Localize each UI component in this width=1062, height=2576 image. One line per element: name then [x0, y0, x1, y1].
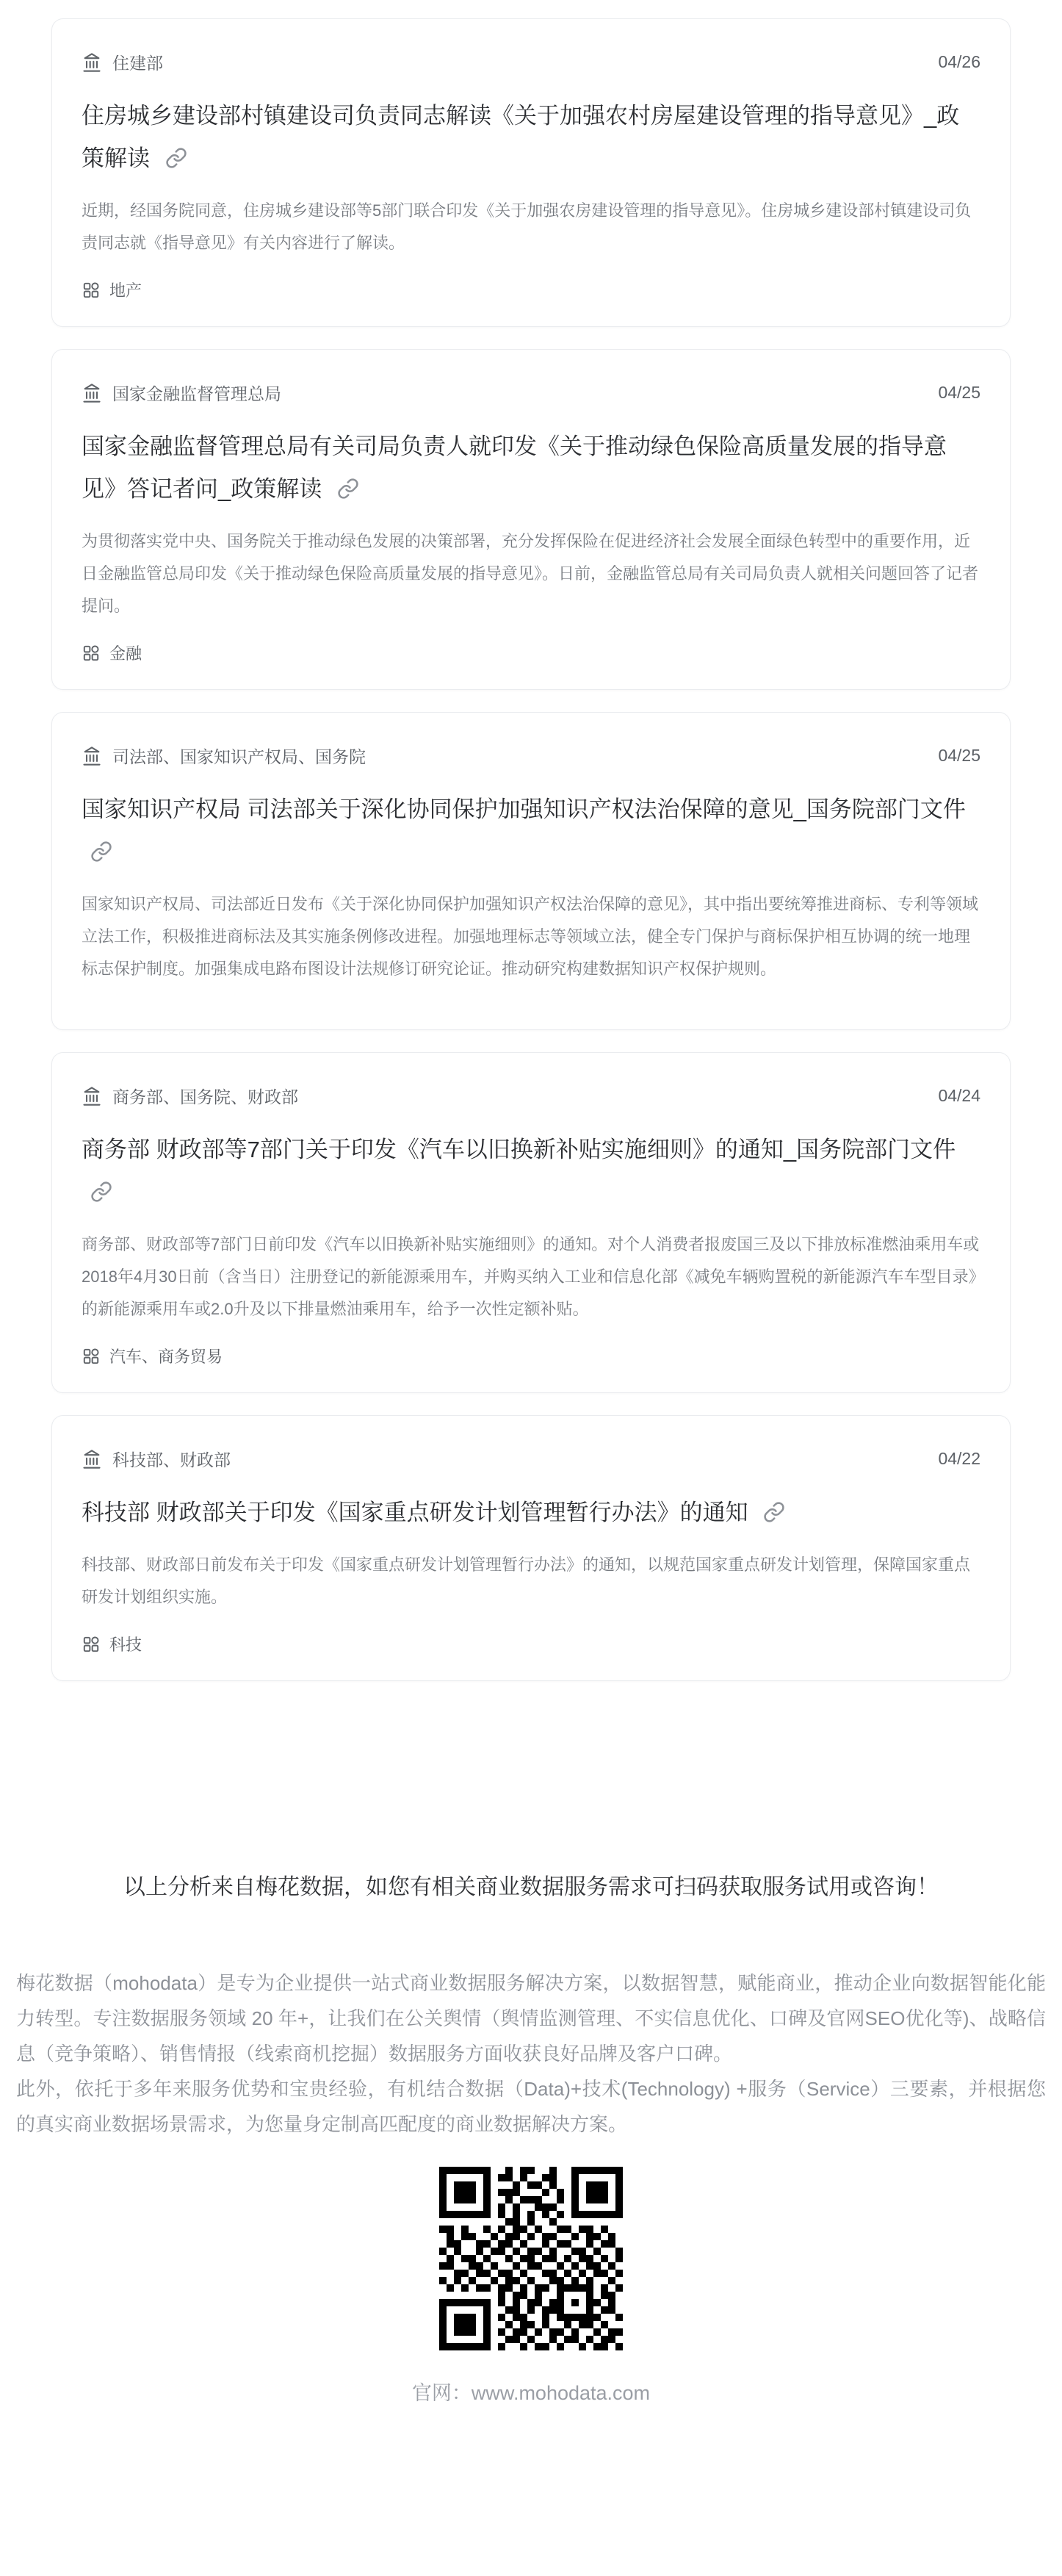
- landmark-icon: [82, 52, 102, 73]
- page: 住建部 04/26 住房城乡建设部村镇建设司负责同志解读《关于加强农村房屋建设管…: [0, 0, 1062, 2472]
- org-label-group: 司法部、国家知识产权局、国务院: [82, 744, 366, 768]
- card-header: 国家金融监督管理总局 04/25: [82, 381, 980, 405]
- card-tag: 汽车、商务贸易: [82, 1345, 980, 1367]
- promo-paragraph-2: 此外，依托于多年来服务优势和宝贵经验，有机结合数据（Data)+技术(Techn…: [16, 2071, 1046, 2142]
- policy-card: 住建部 04/26 住房城乡建设部村镇建设司负责同志解读《关于加强农村房屋建设管…: [51, 18, 1011, 327]
- org-name: 住建部: [112, 50, 163, 74]
- publish-date: 04/22: [938, 1449, 980, 1469]
- promo-footer: 以上分析来自梅花数据，如您有相关商业数据服务需求可扫码获取服务试用或咨询！ 梅花…: [0, 1868, 1062, 2472]
- article-title-link[interactable]: 科技部 财政部关于印发《国家重点研发计划管理暂行办法》的通知: [82, 1492, 980, 1534]
- article-title-text[interactable]: 国家金融监督管理总局有关司局负责人就印发《关于推动绿色保险高质量发展的指导意见》…: [82, 433, 947, 502]
- promo-heading: 以上分析来自梅花数据，如您有相关商业数据服务需求可扫码获取服务试用或咨询！: [51, 1868, 1011, 1901]
- article-summary: 商务部、财政部等7部门日前印发《汽车以旧换新补贴实施细则》的通知。对个人消费者报…: [82, 1228, 980, 1325]
- qr-wrap: [0, 2167, 1062, 2350]
- article-summary: 为贯彻落实党中央、国务院关于推动绿色发展的决策部署，充分发挥保险在促进经济社会发…: [82, 525, 980, 622]
- card-tag: 地产: [82, 278, 980, 301]
- org-name: 国家金融监督管理总局: [112, 381, 281, 405]
- article-summary: 近期，经国务院同意，住房城乡建设部等5部门联合印发《关于加强农房建设管理的指导意…: [82, 195, 980, 259]
- landmark-icon: [82, 383, 102, 403]
- article-title-text[interactable]: 科技部 财政部关于印发《国家重点研发计划管理暂行办法》的通知: [82, 1500, 748, 1525]
- card-header: 住建部 04/26: [82, 50, 980, 74]
- policy-card: 国家金融监督管理总局 04/25 国家金融监督管理总局有关司局负责人就印发《关于…: [51, 349, 1011, 690]
- org-label-group: 科技部、财政部: [82, 1447, 231, 1471]
- policy-feed: 住建部 04/26 住房城乡建设部村镇建设司负责同志解读《关于加强农村房屋建设管…: [0, 0, 1062, 1681]
- publish-date: 04/25: [938, 746, 980, 766]
- policy-card: 科技部、财政部 04/22 科技部 财政部关于印发《国家重点研发计划管理暂行办法…: [51, 1415, 1011, 1681]
- qr-code: [439, 2167, 623, 2350]
- link-icon[interactable]: [763, 1501, 785, 1523]
- link-icon[interactable]: [90, 841, 112, 863]
- policy-card: 商务部、国务院、财政部 04/24 商务部 财政部等7部门关于印发《汽车以旧换新…: [51, 1052, 1011, 1393]
- publish-date: 04/25: [938, 383, 980, 403]
- article-title-text[interactable]: 住房城乡建设部村镇建设司负责同志解读《关于加强农村房屋建设管理的指导意见》_政策…: [82, 103, 959, 171]
- card-tag: 科技: [82, 1633, 980, 1655]
- publish-date: 04/24: [938, 1086, 980, 1106]
- category-icon: [82, 1635, 101, 1654]
- article-title-text[interactable]: 商务部 财政部等7部门关于印发《汽车以旧换新补贴实施细则》的通知_国务院部门文件: [82, 1137, 956, 1162]
- article-summary: 国家知识产权局、司法部近日发布《关于深化协同保护加强知识产权法治保障的意见》，其…: [82, 888, 980, 985]
- tag-label: 汽车、商务贸易: [109, 1345, 223, 1367]
- article-title-link[interactable]: 住房城乡建设部村镇建设司负责同志解读《关于加强农村房屋建设管理的指导意见》_政策…: [82, 95, 980, 180]
- card-header: 科技部、财政部 04/22: [82, 1447, 980, 1471]
- article-title-link[interactable]: 国家金融监督管理总局有关司局负责人就印发《关于推动绿色保险高质量发展的指导意见》…: [82, 425, 980, 511]
- landmark-icon: [82, 1086, 102, 1107]
- category-icon: [82, 644, 101, 663]
- org-name: 科技部、财政部: [112, 1447, 231, 1471]
- org-label-group: 商务部、国务院、财政部: [82, 1084, 298, 1108]
- article-title-link[interactable]: 商务部 财政部等7部门关于印发《汽车以旧换新补贴实施细则》的通知_国务院部门文件: [82, 1129, 980, 1214]
- card-header: 司法部、国家知识产权局、国务院 04/25: [82, 744, 980, 768]
- tag-label: 金融: [109, 641, 142, 664]
- publish-date: 04/26: [938, 52, 980, 72]
- promo-paragraph-1: 梅花数据（mohodata）是专为企业提供一站式商业数据服务解决方案，以数据智慧…: [16, 1965, 1046, 2071]
- link-icon[interactable]: [165, 147, 187, 169]
- category-icon: [82, 281, 101, 300]
- policy-card: 司法部、国家知识产权局、国务院 04/25 国家知识产权局 司法部关于深化协同保…: [51, 712, 1011, 1030]
- website-label: 官网：www.mohodata.com: [0, 2377, 1062, 2472]
- article-summary: 科技部、财政部日前发布关于印发《国家重点研发计划管理暂行办法》的通知，以规范国家…: [82, 1549, 980, 1613]
- org-label-group: 国家金融监督管理总局: [82, 381, 281, 405]
- category-icon: [82, 1347, 101, 1366]
- link-icon[interactable]: [90, 1181, 112, 1203]
- org-label-group: 住建部: [82, 50, 163, 74]
- org-name: 司法部、国家知识产权局、国务院: [112, 744, 366, 768]
- article-title-text[interactable]: 国家知识产权局 司法部关于深化协同保护加强知识产权法治保障的意见_国务院部门文件: [82, 796, 966, 822]
- org-name: 商务部、国务院、财政部: [112, 1084, 298, 1108]
- promo-body: 梅花数据（mohodata）是专为企业提供一站式商业数据服务解决方案，以数据智慧…: [0, 1965, 1062, 2142]
- card-header: 商务部、国务院、财政部 04/24: [82, 1084, 980, 1108]
- card-tag: 金融: [82, 641, 980, 664]
- tag-label: 地产: [109, 278, 142, 301]
- tag-label: 科技: [109, 1633, 142, 1655]
- article-title-link[interactable]: 国家知识产权局 司法部关于深化协同保护加强知识产权法治保障的意见_国务院部门文件: [82, 788, 980, 874]
- landmark-icon: [82, 746, 102, 766]
- link-icon[interactable]: [337, 478, 359, 500]
- landmark-icon: [82, 1449, 102, 1469]
